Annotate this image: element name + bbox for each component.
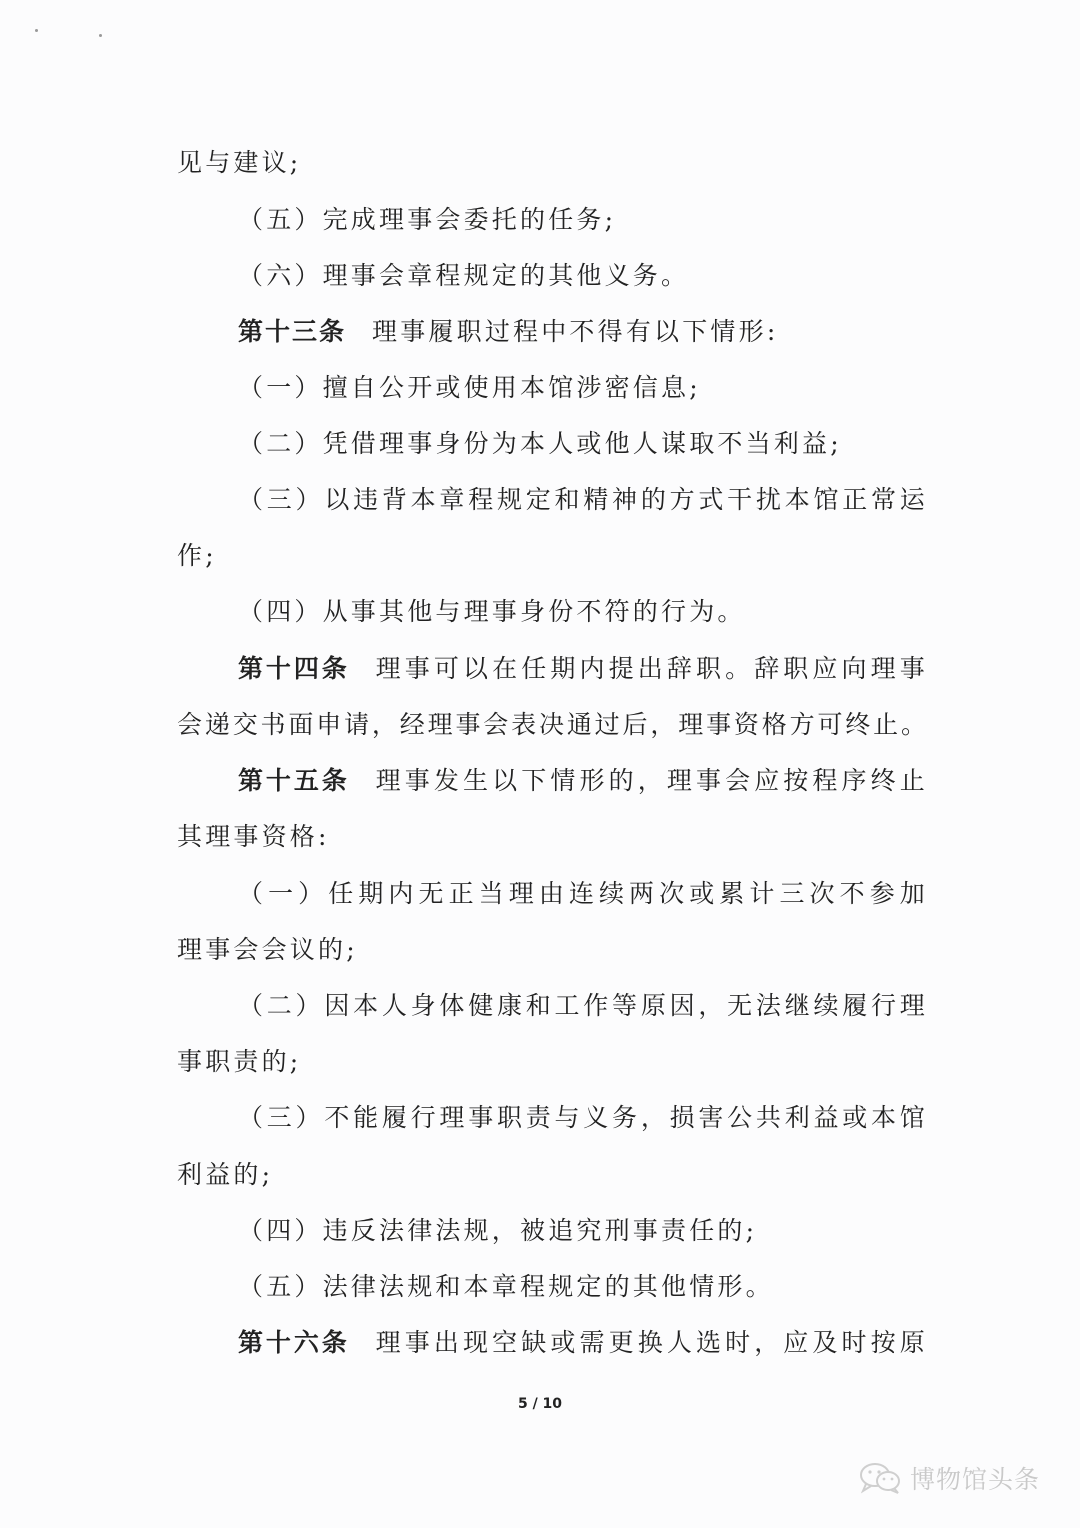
page-number: 5 / 10 (0, 1396, 1080, 1412)
document-page: 见与建议; （五）完成理事会委托的任务; （六）理事会章程规定的其他义务。 第十… (0, 0, 1080, 1528)
text-line: 作; (177, 539, 927, 573)
article-number: 第十三条 (238, 317, 346, 346)
line-text: 事职责的; (177, 1047, 301, 1076)
text-line: 见与建议; (177, 146, 927, 180)
line-text: （六）理事会章程规定的其他义务。 (238, 261, 689, 290)
line-text: （一）擅自公开或使用本馆涉密信息; (238, 373, 701, 402)
scan-speck (99, 34, 102, 37)
line-text: 其理事资格: (177, 822, 330, 851)
line-text: 利益的; (177, 1160, 273, 1189)
line-text: （二）凭借理事身份为本人或他人谋取不当利益; (238, 429, 842, 458)
watermark-text: 博物馆头条 (910, 1460, 1040, 1496)
wechat-icon (858, 1461, 904, 1495)
text-line: 理事会会议的; (177, 933, 927, 967)
list-item: （三）以违背本章程规定和精神的方式干扰本馆正常运 (238, 483, 928, 517)
line-text: 见与建议; (177, 148, 301, 177)
line-text: 理事履职过程中不得有以下情形: (372, 317, 778, 346)
list-item: （五）完成理事会委托的任务; (238, 203, 928, 237)
text-line: 会递交书面申请，经理事会表决通过后，理事资格方可终止。 (177, 708, 927, 742)
line-text: 作; (177, 541, 217, 570)
article-number: 第十五条 (238, 766, 350, 795)
line-text: （四）从事其他与理事身份不符的行为。 (238, 597, 746, 626)
line-text: （三）以违背本章程规定和精神的方式干扰本馆正常运 (238, 485, 928, 514)
list-item: （一）任期内无正当理由连续两次或累计三次不参加 (238, 877, 928, 911)
list-item: （二）凭借理事身份为本人或他人谋取不当利益; (238, 427, 928, 461)
list-item: （六）理事会章程规定的其他义务。 (238, 259, 928, 293)
line-text: （二）因本人身体健康和工作等原因，无法继续履行理 (238, 991, 928, 1020)
list-item: （二）因本人身体健康和工作等原因，无法继续履行理 (238, 989, 928, 1023)
text-line: 利益的; (177, 1158, 927, 1192)
article-16: 第十六条理事出现空缺或需更换人选时，应及时按原 (238, 1326, 928, 1360)
list-item: （四）从事其他与理事身份不符的行为。 (238, 595, 928, 629)
line-text: 理事会会议的; (177, 935, 358, 964)
article-15: 第十五条理事发生以下情形的，理事会应按程序终止 (238, 764, 928, 798)
scan-speck (35, 29, 38, 32)
text-line: 其理事资格: (177, 820, 927, 854)
article-number: 第十六条 (238, 1328, 350, 1357)
line-text: （一）任期内无正当理由连续两次或累计三次不参加 (238, 879, 928, 908)
article-number: 第十四条 (238, 654, 350, 683)
article-13: 第十三条理事履职过程中不得有以下情形: (238, 315, 928, 349)
line-text: （五）完成理事会委托的任务; (238, 205, 616, 234)
line-text: 理事出现空缺或需更换人选时，应及时按原 (376, 1328, 928, 1357)
list-item: （四）违反法律法规，被追究刑事责任的; (238, 1214, 928, 1248)
line-text: 理事可以在任期内提出辞职。辞职应向理事 (376, 654, 928, 683)
article-14: 第十四条理事可以在任期内提出辞职。辞职应向理事 (238, 652, 928, 686)
list-item: （五）法律法规和本章程规定的其他情形。 (238, 1270, 928, 1304)
line-text: （四）违反法律法规，被追究刑事责任的; (238, 1216, 757, 1245)
line-text: 理事发生以下情形的，理事会应按程序终止 (376, 766, 928, 795)
line-text: （五）法律法规和本章程规定的其他情形。 (238, 1272, 774, 1301)
text-line: 事职责的; (177, 1045, 927, 1079)
line-text: 会递交书面申请，经理事会表决通过后，理事资格方可终止。 (177, 710, 927, 739)
line-text: （三）不能履行理事职责与义务，损害公共利益或本馆 (238, 1103, 928, 1132)
watermark: 博物馆头条 (858, 1460, 1040, 1496)
list-item: （一）擅自公开或使用本馆涉密信息; (238, 371, 928, 405)
list-item: （三）不能履行理事职责与义务，损害公共利益或本馆 (238, 1101, 928, 1135)
